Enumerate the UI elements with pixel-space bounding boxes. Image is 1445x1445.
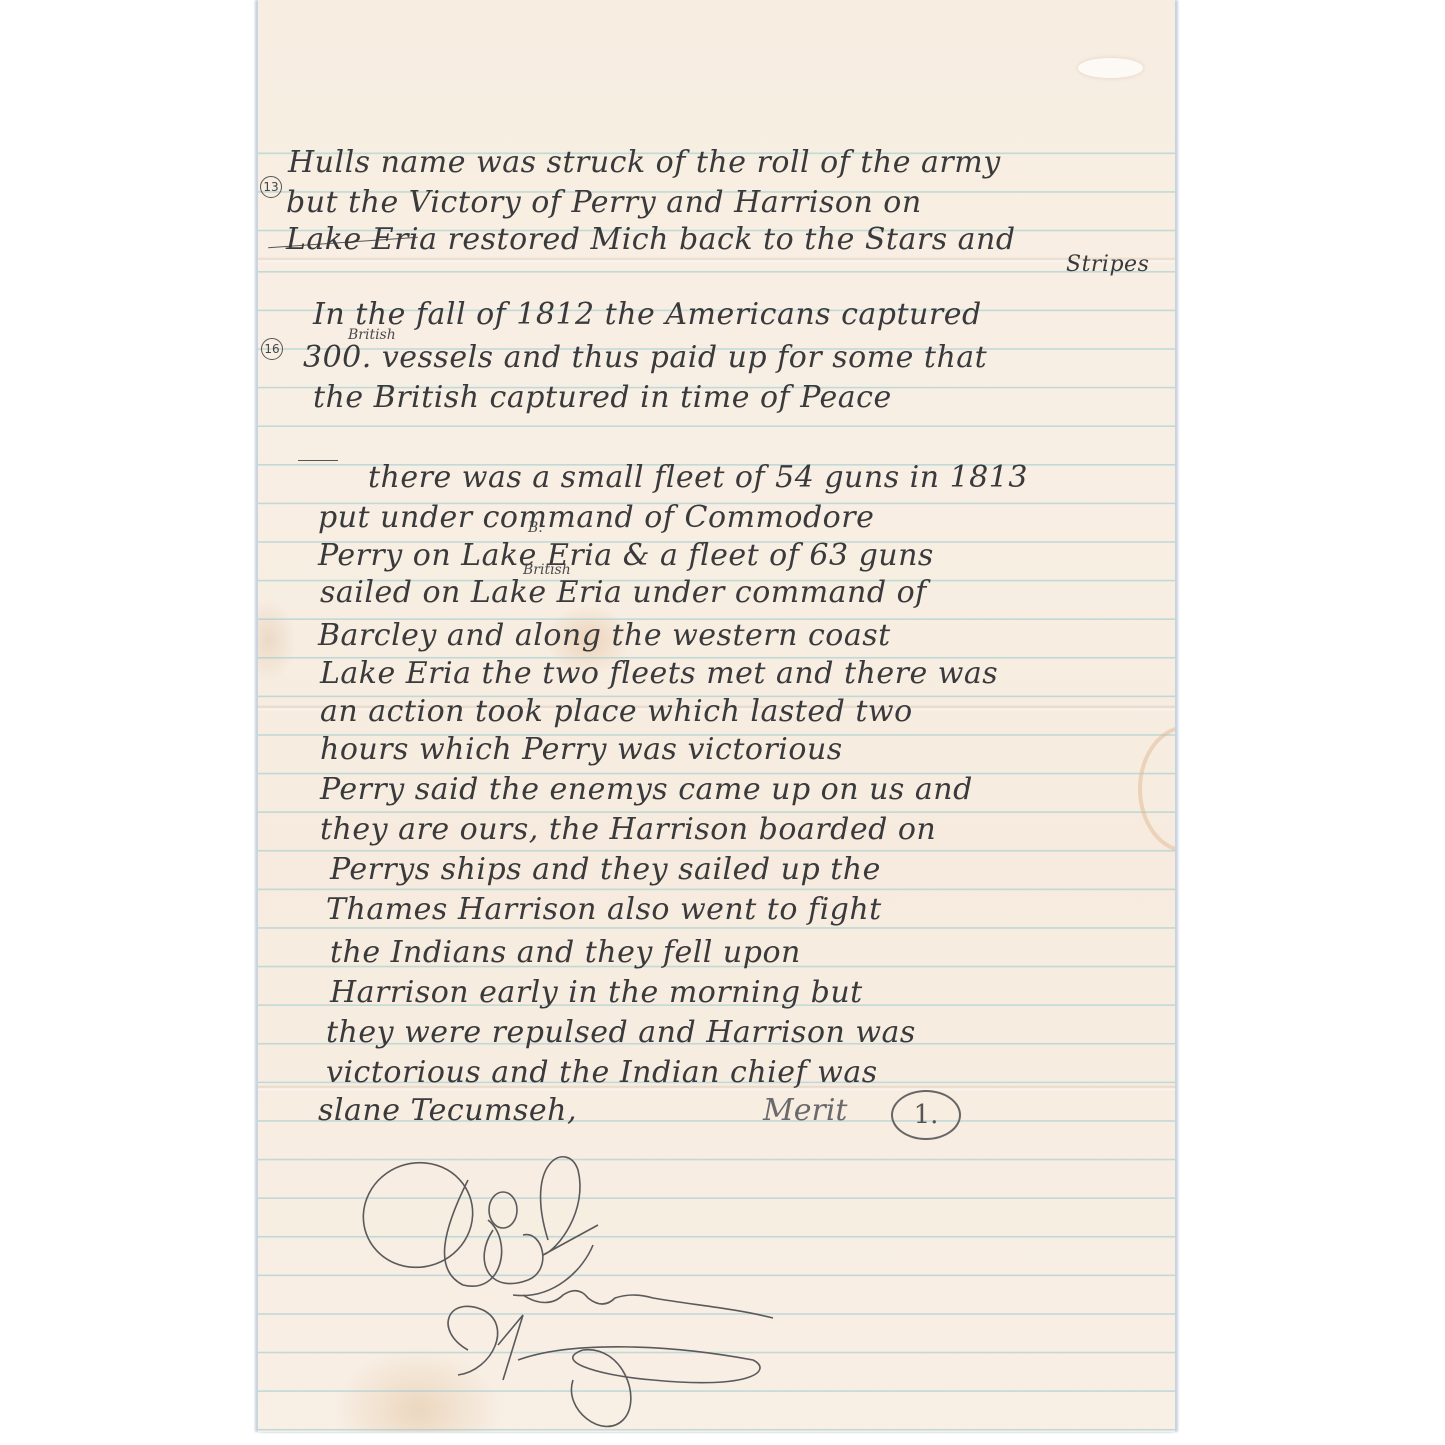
text-line: victorious and the Indian chief was — [326, 1055, 878, 1090]
text-line: Harrison early in the morning but — [330, 975, 863, 1010]
text-line: an action took place which lasted two — [320, 694, 913, 729]
text-line: there was a small fleet of 54 guns in 18… — [368, 460, 1028, 495]
text-line: Perry said the enemys came up on us and — [320, 772, 973, 807]
text-line: they were repulsed and Harrison was — [326, 1015, 916, 1050]
text-line: they are ours, the Harrison boarded on — [320, 812, 936, 847]
text-line: the British captured in time of Peace — [313, 380, 892, 415]
text-line: Lake Eria the two fleets met and there w… — [320, 656, 998, 691]
text-line: Perrys ships and they sailed up the — [330, 852, 881, 887]
text-line: the Indians and they fell upon — [330, 935, 801, 970]
text-line: Lake Eria restored Mich back to the Star… — [286, 222, 1016, 257]
text-line: In the fall of 1812 the Americans captur… — [313, 297, 982, 332]
text-line: hours which Perry was victorious — [320, 732, 843, 767]
margin-marker: 16 — [261, 338, 283, 360]
fold-crease — [258, 257, 1175, 263]
text-line: put under command of Commodore — [318, 500, 874, 535]
text-line: Stripes — [1066, 252, 1149, 277]
text-line: 300. vessels and thus paid up for some t… — [303, 340, 987, 375]
interlinear-insertion: B. — [528, 520, 543, 536]
paper-emboss-stamp — [1078, 58, 1143, 78]
text-line: Hulls name was struck of the roll of the… — [288, 145, 1001, 180]
signature: D. E. Leon — [353, 1120, 873, 1432]
signature-flourish — [353, 1120, 873, 1432]
text-line: Barcley and along the western coast — [318, 618, 891, 653]
text-line: sailed on Lake Eria under command of — [320, 575, 927, 610]
text-line: Perry on Lake Eria & a fleet of 63 guns — [318, 538, 934, 573]
signature-text: D. E. Leon — [873, 1120, 908, 1152]
letter-page: 13 16 Hulls name was struck of the roll … — [258, 0, 1175, 1432]
margin-marker: 13 — [260, 176, 282, 198]
text-line: but the Victory of Perry and Harrison on — [286, 185, 922, 220]
section-dash — [298, 460, 338, 461]
text-line: Thames Harrison also went to fight — [326, 892, 882, 927]
